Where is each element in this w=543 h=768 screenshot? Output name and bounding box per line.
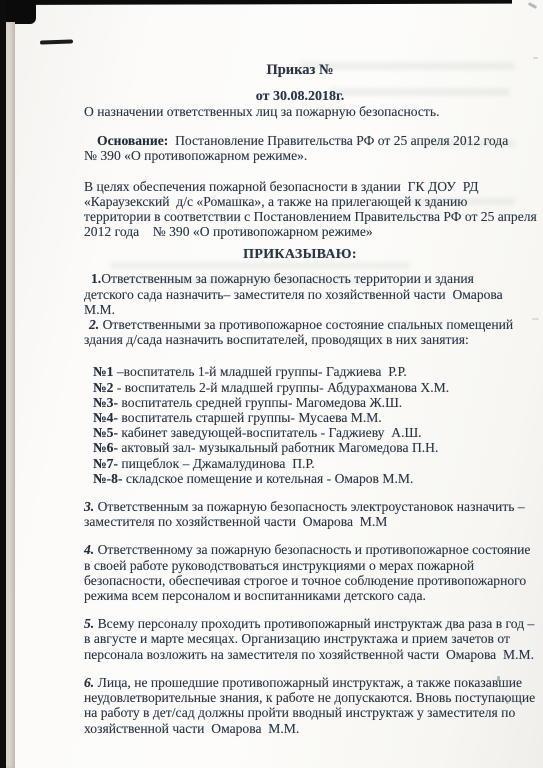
clause-1-number: 1. xyxy=(91,271,101,286)
scan-edge-top xyxy=(0,0,512,5)
scan-artifact xyxy=(533,57,538,59)
room-number: №4- xyxy=(93,410,118,425)
order-heading: ПРИКАЗЫВАЮ: xyxy=(84,247,516,263)
order-clauses: 3. Ответственным за пожарную безопасност… xyxy=(84,499,516,736)
room-assignment-row: №7- пищеблок – Джамалудинова П.Р. xyxy=(93,456,516,471)
order-clause: 6. Лица, не прошедшие противопожарный ин… xyxy=(84,675,516,736)
room-number: №5- xyxy=(93,425,118,440)
room-number: №6- xyxy=(93,440,118,455)
room-assignment-row: №3- воспитатель средней группы- Магомедо… xyxy=(93,395,516,410)
clause-text: Ответственному за пожарную безопасность … xyxy=(84,542,530,603)
basis-label: Основание: xyxy=(97,133,168,148)
room-assignee: –воспитатель 1-й младшей группы- Гаджиев… xyxy=(113,364,406,379)
room-assignment-row: №1 –воспитатель 1-й младшей группы- Гадж… xyxy=(93,364,516,379)
room-assignment-row: №4- воспитатель старшей группы- Мусаева … xyxy=(93,410,516,425)
room-assignee: пищеблок – Джамалудинова П.Р. xyxy=(118,456,315,471)
room-assignee: актовый зал- музыкальный работник Магоме… xyxy=(118,440,438,455)
clause-1: 1.Ответственным за пожарную безопасность… xyxy=(84,271,516,317)
order-subject: О назначении ответственных лиц за пожарн… xyxy=(84,104,516,119)
clause-2: 2. Ответственными за противопожарное сос… xyxy=(84,317,516,347)
clause-2-number: 2. xyxy=(89,317,99,332)
paper-edge xyxy=(6,22,15,768)
room-assignment-row: №-8- складское помещение и котельная - О… xyxy=(93,471,516,486)
order-date: от 30.08.2018г. xyxy=(84,89,516,104)
clause-number: 4. xyxy=(84,542,94,557)
scan-artifact xyxy=(532,318,539,320)
clause-number: 6. xyxy=(84,675,94,690)
room-number: №2 xyxy=(93,380,113,395)
room-assignee: - воспитатель 2-й младшей группы- Абдура… xyxy=(113,380,449,395)
room-number: №7- xyxy=(93,456,118,471)
clause-text: Ответственным за пожарную безопасность э… xyxy=(84,499,525,529)
scan-artifact xyxy=(528,2,537,9)
room-assignee: воспитатель средней группы- Магомедова Ж… xyxy=(118,395,402,410)
clause-text: Лица, не прошедшие противопожарный инстр… xyxy=(84,675,535,736)
basis-paragraph: Основание: Постановление Правительства Р… xyxy=(84,133,516,163)
clause-1-text: Ответственным за пожарную безопасность т… xyxy=(84,271,503,316)
order-clause: 4. Ответственному за пожарную безопаснос… xyxy=(84,542,516,603)
order-title: Приказ № xyxy=(84,62,516,78)
document-content: Приказ № от 30.08.2018г. О назначении от… xyxy=(84,62,516,736)
clause-number: 3. xyxy=(84,499,94,514)
clause-number: 5. xyxy=(84,616,94,631)
order-clause: 5. Всему персоналу проходить противопожа… xyxy=(84,616,516,662)
purpose-paragraph: В целях обеспечения пожарной безопасност… xyxy=(84,179,516,240)
room-number: №-8- xyxy=(93,471,123,486)
room-assignments-list: №1 –воспитатель 1-й младшей группы- Гадж… xyxy=(84,364,516,486)
room-assignment-row: №6- актовый зал- музыкальный работник Ма… xyxy=(93,440,516,455)
room-assignee: воспитатель старшей группы- Мусаева М.М. xyxy=(118,410,382,425)
room-number: №3- xyxy=(93,395,118,410)
pen-dash-mark xyxy=(40,39,73,44)
clause-text: Всему персоналу проходить противопожарны… xyxy=(84,616,534,661)
room-assignee: складское помещение и котельная - Омаров… xyxy=(123,471,414,486)
room-number: №1 xyxy=(93,364,113,379)
room-assignee: кабинет заведующей-воспитатель - Гаджиев… xyxy=(118,425,422,440)
clause-2-text: Ответственными за противопожарное состоя… xyxy=(84,317,513,347)
room-assignment-row: №5- кабинет заведующей-воспитатель - Гад… xyxy=(93,425,516,440)
order-clause: 3. Ответственным за пожарную безопасност… xyxy=(84,499,516,529)
room-assignment-row: №2 - воспитатель 2-й младшей группы- Абд… xyxy=(93,380,516,395)
scanned-document-page: Приказ № от 30.08.2018г. О назначении от… xyxy=(0,0,543,768)
